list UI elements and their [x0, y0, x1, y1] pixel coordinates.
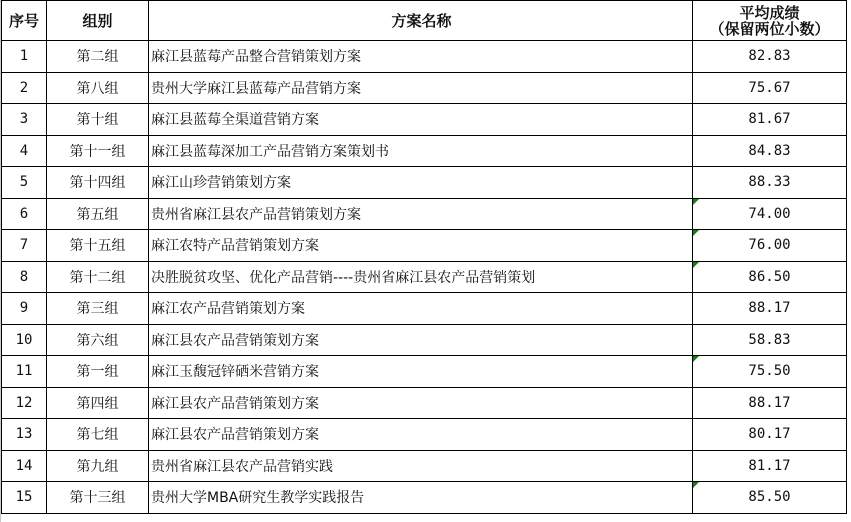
cell-score[interactable]: 86.50	[693, 261, 847, 293]
cell-name-text: 麻江县蓝莓深加工产品营销方案策划书	[151, 144, 389, 160]
cell-group-text: 第八组	[77, 81, 119, 97]
header-score-line1: 平均成绩	[693, 5, 846, 21]
header-no[interactable]: 序号	[2, 1, 47, 41]
header-name[interactable]: 方案名称	[149, 1, 693, 41]
cell-score[interactable]: 81.17	[693, 450, 847, 482]
header-row: 序号 组别 方案名称 平均成绩 （保留两位小数）	[2, 1, 847, 41]
cell-no-text: 10	[16, 332, 33, 348]
cell-name-text: 麻江县农产品营销策划方案	[151, 333, 319, 349]
cell-name-text: 麻江玉馥冠锌硒米营销方案	[151, 364, 319, 380]
table-row: 12第四组麻江县农产品营销策划方案88.17	[2, 387, 847, 419]
cell-group-text: 第一组	[77, 364, 119, 380]
cell-no-text: 8	[20, 269, 28, 285]
cell-score[interactable]: 75.50	[693, 356, 847, 388]
table-row: 1第二组麻江县蓝莓产品整合营销策划方案82.83	[2, 41, 847, 73]
cell-group-text: 第十一组	[70, 144, 126, 160]
results-table: 序号 组别 方案名称 平均成绩 （保留两位小数） 1第二组麻江县蓝莓产品整合营销…	[1, 0, 847, 514]
cell-name[interactable]: 麻江农特产品营销策划方案	[149, 230, 693, 262]
cell-group[interactable]: 第三组	[47, 293, 149, 325]
cell-score-text: 81.67	[748, 111, 790, 127]
cell-score-text: 82.83	[748, 48, 790, 64]
cell-no[interactable]: 4	[2, 135, 47, 167]
cell-name[interactable]: 麻江县蓝莓产品整合营销策划方案	[149, 41, 693, 73]
cell-group[interactable]: 第九组	[47, 450, 149, 482]
cell-name[interactable]: 麻江农产品营销策划方案	[149, 293, 693, 325]
cell-no-text: 2	[20, 80, 28, 96]
cell-no[interactable]: 12	[2, 387, 47, 419]
cell-name-text: 贵州省麻江县农产品营销策划方案	[151, 207, 361, 223]
header-score[interactable]: 平均成绩 （保留两位小数）	[693, 1, 847, 41]
cell-group[interactable]: 第七组	[47, 419, 149, 451]
cell-group-text: 第二组	[77, 49, 119, 65]
cell-group[interactable]: 第一组	[47, 356, 149, 388]
cell-score-text: 84.83	[748, 143, 790, 159]
table-row: 6第五组贵州省麻江县农产品营销策划方案74.00	[2, 198, 847, 230]
cell-group-text: 第三组	[77, 301, 119, 317]
table-row: 8第十二组决胜脱贫攻坚、优化产品营销----贵州省麻江县农产品营销策划86.50	[2, 261, 847, 293]
cell-score-text: 88.33	[748, 174, 790, 190]
cell-score-text: 85.50	[748, 489, 790, 505]
cell-no-text: 6	[20, 206, 28, 222]
cell-no[interactable]: 10	[2, 324, 47, 356]
table-row: 14第九组贵州省麻江县农产品营销实践81.17	[2, 450, 847, 482]
cell-name[interactable]: 贵州大学麻江县蓝莓产品营销方案	[149, 72, 693, 104]
table-row: 5第十四组麻江山珍营销策划方案88.33	[2, 167, 847, 199]
cell-group[interactable]: 第四组	[47, 387, 149, 419]
cell-group[interactable]: 第十组	[47, 104, 149, 136]
cell-group[interactable]: 第五组	[47, 198, 149, 230]
cell-name[interactable]: 麻江县农产品营销策划方案	[149, 324, 693, 356]
cell-no[interactable]: 1	[2, 41, 47, 73]
cell-score[interactable]: 58.83	[693, 324, 847, 356]
cell-no-text: 14	[16, 458, 33, 474]
cell-no[interactable]: 13	[2, 419, 47, 451]
table-row: 7第十五组麻江农特产品营销策划方案76.00	[2, 230, 847, 262]
cell-name[interactable]: 麻江玉馥冠锌硒米营销方案	[149, 356, 693, 388]
cell-name-text: 麻江县蓝莓产品整合营销策划方案	[151, 49, 361, 65]
cell-score[interactable]: 88.33	[693, 167, 847, 199]
cell-group[interactable]: 第十五组	[47, 230, 149, 262]
cell-name-text: 贵州大学MBA研究生教学实践报告	[151, 490, 364, 506]
cell-score[interactable]: 81.67	[693, 104, 847, 136]
cell-group[interactable]: 第十三组	[47, 482, 149, 514]
cell-no-text: 1	[20, 48, 28, 64]
error-indicator-icon[interactable]	[693, 482, 699, 488]
cell-score[interactable]: 84.83	[693, 135, 847, 167]
error-indicator-icon[interactable]	[693, 262, 699, 268]
header-group[interactable]: 组别	[47, 1, 149, 41]
cell-group[interactable]: 第八组	[47, 72, 149, 104]
error-indicator-icon[interactable]	[693, 199, 699, 205]
cell-name-text: 贵州大学麻江县蓝莓产品营销方案	[151, 81, 361, 97]
cell-score[interactable]: 80.17	[693, 419, 847, 451]
table-row: 3第十组麻江县蓝莓全渠道营销方案81.67	[2, 104, 847, 136]
cell-group-text: 第十四组	[70, 175, 126, 191]
cell-score-text: 75.50	[748, 363, 790, 379]
table-row: 15第十三组贵州大学MBA研究生教学实践报告85.50	[2, 482, 847, 514]
cell-no-text: 4	[20, 143, 28, 159]
cell-group-text: 第五组	[77, 207, 119, 223]
cell-name-text: 麻江山珍营销策划方案	[151, 175, 291, 191]
table-body: 1第二组麻江县蓝莓产品整合营销策划方案82.832第八组贵州大学麻江县蓝莓产品营…	[2, 41, 847, 514]
cell-score-text: 81.17	[748, 458, 790, 474]
cell-score-text: 74.00	[748, 206, 790, 222]
cell-score[interactable]: 82.83	[693, 41, 847, 73]
cell-name[interactable]: 麻江县蓝莓全渠道营销方案	[149, 104, 693, 136]
cell-score[interactable]: 75.67	[693, 72, 847, 104]
cell-no[interactable]: 3	[2, 104, 47, 136]
cell-name-text: 决胜脱贫攻坚、优化产品营销----贵州省麻江县农产品营销策划	[151, 270, 535, 286]
cell-group-text: 第十五组	[70, 238, 126, 254]
cell-group-text: 第九组	[77, 459, 119, 475]
cell-score[interactable]: 85.50	[693, 482, 847, 514]
cell-score-text: 86.50	[748, 269, 790, 285]
error-indicator-icon[interactable]	[693, 356, 699, 362]
cell-score-text: 76.00	[748, 237, 790, 253]
cell-group[interactable]: 第十二组	[47, 261, 149, 293]
cell-group-text: 第七组	[77, 427, 119, 443]
table-row: 4第十一组麻江县蓝莓深加工产品营销方案策划书84.83	[2, 135, 847, 167]
cell-no-text: 11	[16, 363, 33, 379]
cell-name-text: 麻江县蓝莓全渠道营销方案	[151, 112, 319, 128]
cell-name[interactable]: 麻江县蓝莓深加工产品营销方案策划书	[149, 135, 693, 167]
cell-name[interactable]: 决胜脱贫攻坚、优化产品营销----贵州省麻江县农产品营销策划	[149, 261, 693, 293]
cell-no-text: 12	[16, 395, 33, 411]
cell-score[interactable]: 76.00	[693, 230, 847, 262]
cell-no[interactable]: 14	[2, 450, 47, 482]
cell-score-text: 75.67	[748, 80, 790, 96]
cell-score[interactable]: 88.17	[693, 387, 847, 419]
cell-name-text: 麻江农特产品营销策划方案	[151, 238, 319, 254]
cell-group[interactable]: 第十四组	[47, 167, 149, 199]
cell-no-text: 3	[20, 111, 28, 127]
cell-name[interactable]: 贵州省麻江县农产品营销策划方案	[149, 198, 693, 230]
cell-no-text: 7	[20, 237, 28, 253]
cell-no[interactable]: 6	[2, 198, 47, 230]
table-row: 10第六组麻江县农产品营销策划方案58.83	[2, 324, 847, 356]
cell-score-text: 88.17	[748, 395, 790, 411]
header-score-line2: （保留两位小数）	[693, 21, 846, 37]
cell-group[interactable]: 第六组	[47, 324, 149, 356]
cell-name[interactable]: 麻江山珍营销策划方案	[149, 167, 693, 199]
cell-name-text: 麻江县农产品营销策划方案	[151, 396, 319, 412]
cell-name[interactable]: 麻江县农产品营销策划方案	[149, 387, 693, 419]
cell-no-text: 5	[20, 174, 28, 190]
cell-name-text: 贵州省麻江县农产品营销实践	[151, 459, 333, 475]
table-row: 13第七组麻江县农产品营销策划方案80.17	[2, 419, 847, 451]
cell-score-text: 88.17	[748, 300, 790, 316]
cell-group[interactable]: 第二组	[47, 41, 149, 73]
cell-score[interactable]: 88.17	[693, 293, 847, 325]
table-row: 9第三组麻江农产品营销策划方案88.17	[2, 293, 847, 325]
cell-score-text: 80.17	[748, 426, 790, 442]
cell-no[interactable]: 15	[2, 482, 47, 514]
cell-group-text: 第十组	[77, 112, 119, 128]
cell-no[interactable]: 5	[2, 167, 47, 199]
cell-name-text: 麻江县农产品营销策划方案	[151, 427, 319, 443]
cell-no[interactable]: 2	[2, 72, 47, 104]
cell-group[interactable]: 第十一组	[47, 135, 149, 167]
cell-score-text: 58.83	[748, 332, 790, 348]
cell-no[interactable]: 8	[2, 261, 47, 293]
table-row: 2第八组贵州大学麻江县蓝莓产品营销方案75.67	[2, 72, 847, 104]
cell-no[interactable]: 11	[2, 356, 47, 388]
cell-group-text: 第六组	[77, 333, 119, 349]
cell-no[interactable]: 7	[2, 230, 47, 262]
cell-group-text: 第十三组	[70, 490, 126, 506]
cell-no-text: 9	[20, 300, 28, 316]
table-row: 11第一组麻江玉馥冠锌硒米营销方案75.50	[2, 356, 847, 388]
cell-name[interactable]: 贵州大学MBA研究生教学实践报告	[149, 482, 693, 514]
cell-name[interactable]: 贵州省麻江县农产品营销实践	[149, 450, 693, 482]
cell-no-text: 13	[16, 426, 33, 442]
cell-name[interactable]: 麻江县农产品营销策划方案	[149, 419, 693, 451]
cell-name-text: 麻江农产品营销策划方案	[151, 301, 305, 317]
cell-group-text: 第十二组	[70, 270, 126, 286]
cell-score[interactable]: 74.00	[693, 198, 847, 230]
cell-no-text: 15	[16, 489, 33, 505]
error-indicator-icon[interactable]	[693, 230, 699, 236]
cell-group-text: 第四组	[77, 396, 119, 412]
cell-no[interactable]: 9	[2, 293, 47, 325]
